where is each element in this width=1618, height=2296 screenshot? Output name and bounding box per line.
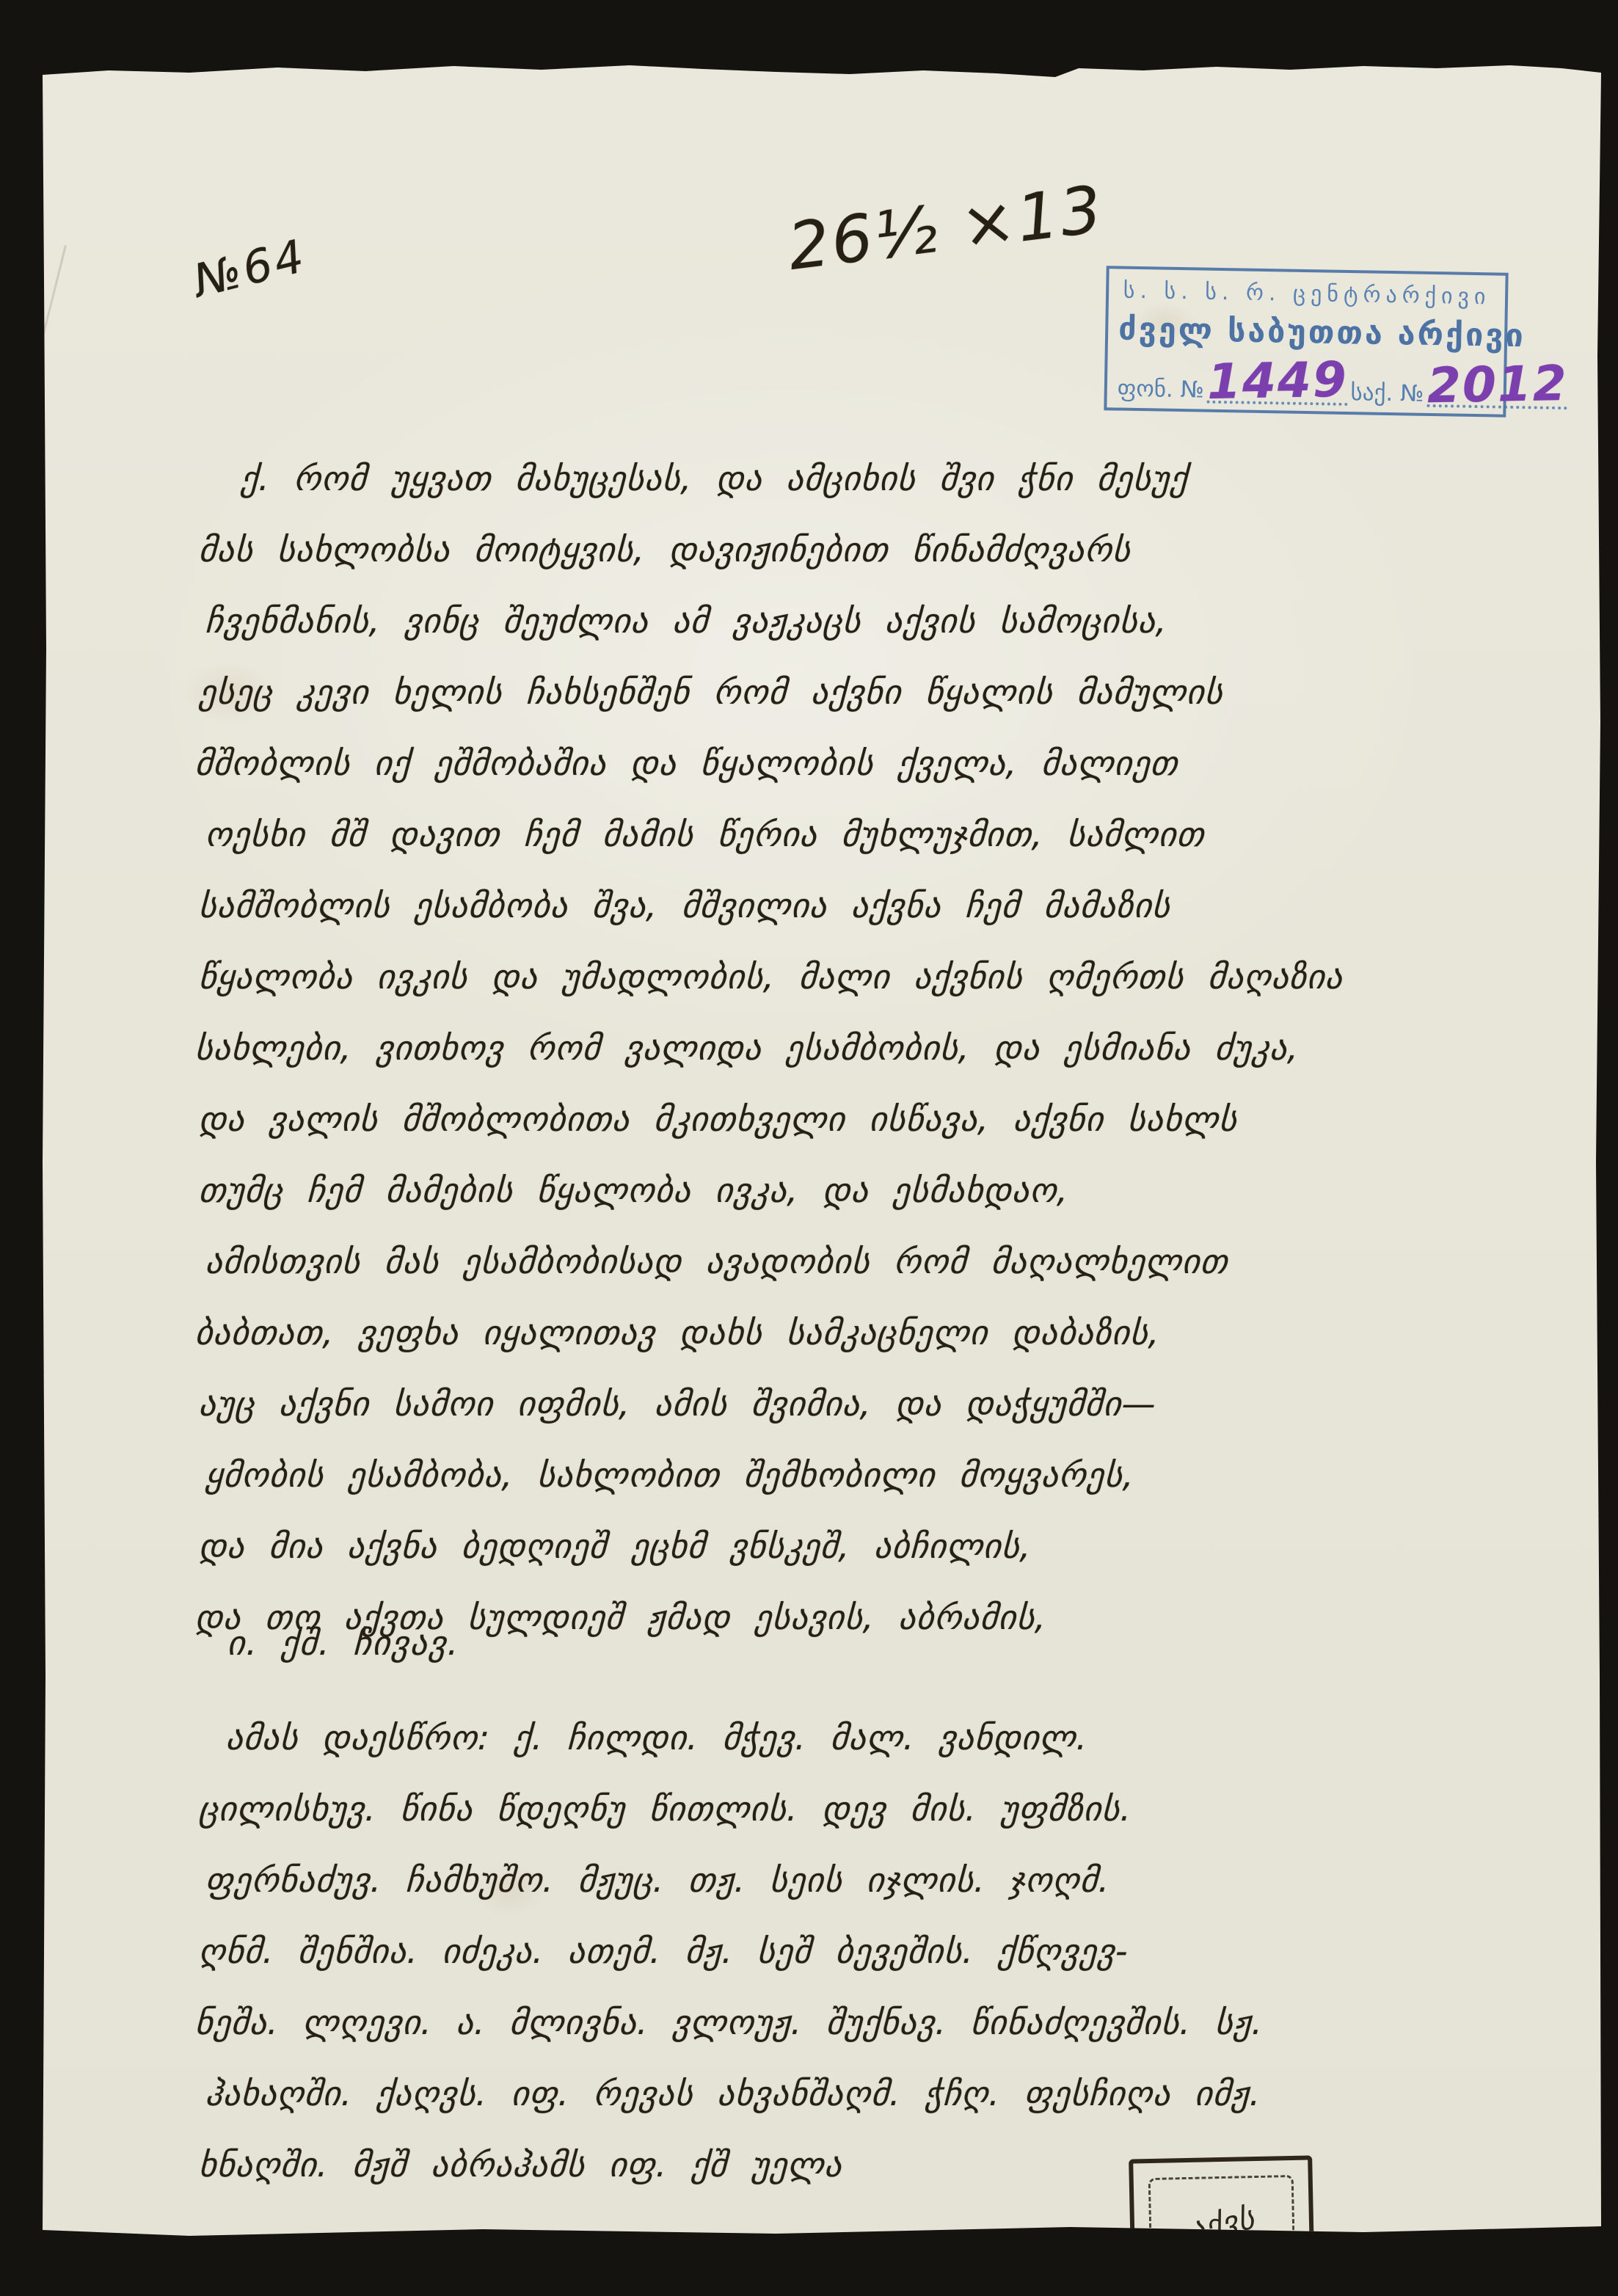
witness-line: ჰახაღში. ქაღვს. იფ. რევას ახვანშაღმ. ჭჩღ… (203, 2058, 1608, 2129)
witness-line: ხნაღში. მჟშ აბრაჰამს იფ. ქშ უელა (197, 2129, 1602, 2201)
witness-line: ღნმ. შენშია. იძეკა. ათემ. მჟ. სეშ ბევეში… (197, 1916, 1602, 1987)
letter-body: ქ. რომ უყვათ მახუცესას, და ამციხის შვი ჭ… (199, 443, 1589, 1653)
handwritten-line: ამისთვის მას ესამბობისად ავადობის რომ მა… (203, 1226, 1597, 1297)
handwritten-line: სახლები, ვითხოვ რომ ვალიდა ესამბობის, და… (193, 1013, 1587, 1084)
page-number-annotation: №64 (188, 228, 311, 307)
handwritten-line: მას სახლობსა მოიტყვის, დავიჟინებით წინამ… (197, 514, 1591, 586)
seal-box-word: აქვს (1186, 2199, 1258, 2248)
signature-line: ი. ქშ. ჩივავ. (227, 1623, 462, 1663)
witness-list: ამას დაესწრო: ქ. ჩილდი. მჭევ. მალ. ვანდი… (199, 1702, 1600, 2201)
fond-number-handwritten: 1449 (1207, 360, 1349, 403)
handwritten-line: ესეც კევი ხელის ჩახსენშენ რომ აქვნი წყალ… (197, 657, 1591, 728)
fond-number-dotted-line: 1449 (1207, 360, 1349, 406)
handwritten-line: ოესხი მშ დავით ჩემ მამის წერია მუხლუჯმით… (203, 799, 1597, 870)
witness-line: ცილისხუვ. წინა წდეღნუ წითლის. დევ მის. უ… (197, 1774, 1602, 1845)
stamp-numbers-line: ფონ. № 1449 საქ. № 2012 (1118, 358, 1494, 409)
seal-box: აქვს (1129, 2155, 1315, 2291)
handwritten-line: ქ. რომ უყვათ მახუცესას, და ამციხის შვი ჭ… (193, 443, 1587, 514)
handwritten-line: სამშობლის ესამბობა შვა, მშვილია აქვნა ჩე… (197, 870, 1591, 941)
handwritten-line: ყმობის ესამბობა, სახლობით შემხობილი მოყვ… (203, 1440, 1597, 1511)
handwritten-line: ბაბთათ, ვეფხა იყალითავ დახს სამკაცნელი დ… (193, 1297, 1587, 1369)
archive-stamp: ს. ს. ს. რ. ცენტრარქივი ძველ საბუთთა არქ… (1104, 266, 1508, 418)
witness-line: ფერნაძუვ. ჩამხუშო. მჟუც. თჟ. სეის იჯლის.… (203, 1845, 1608, 1916)
case-number-label: საქ. № (1350, 379, 1424, 407)
scan-background: { "colors":{ "background":"#14130f", "pa… (0, 0, 1618, 2296)
handwritten-line: თუმც ჩემ მამების წყალობა ივკა, და ესმახდ… (197, 1155, 1591, 1226)
dimensions-annotation: 26½ ×13 (784, 171, 1107, 285)
fond-number-label: ფონ. № (1118, 376, 1205, 404)
handwritten-line: მშობლის იქ ეშმობაშია და წყალობის ქველა, … (193, 728, 1587, 799)
stamp-institution-line: ს. ს. ს. რ. ცენტრარქივი (1119, 278, 1495, 310)
handwritten-line: წყალობა ივკის და უმადლობის, მალი აქვნის … (197, 941, 1591, 1013)
handwritten-line: და მია აქვნა ბედღიეშ ეცხმ ვნსკეშ, აბჩილი… (197, 1511, 1591, 1582)
handwritten-line: აუც აქვნი სამოი იფმის, ამის შვიმია, და დ… (197, 1369, 1591, 1440)
stamp-archive-name-line: ძველ საბუთთა არქივი (1118, 311, 1495, 354)
case-number-handwritten: 2012 (1426, 363, 1568, 407)
handwritten-line: და ვალის მშობლობითა მკითხველი ისწავა, აქ… (197, 1084, 1591, 1155)
case-number-dotted-line: 2012 (1426, 363, 1568, 409)
seal-box-inner-border: აქვს (1148, 2175, 1296, 2272)
witness-line: ნეშა. ლღევი. ა. მლივნა. ვლოუჟ. შუქნავ. წ… (193, 1987, 1598, 2058)
witness-line: ამას დაესწრო: ქ. ჩილდი. მჭევ. მალ. ვანდი… (193, 1702, 1598, 1774)
handwritten-line: ჩვენმანის, ვინც შეუძლია ამ ვაჟკაცს აქვის… (203, 586, 1597, 657)
document-page: №64 26½ ×13 ს. ს. ს. რ. ცენტრარქივი ძველ… (43, 62, 1601, 2238)
